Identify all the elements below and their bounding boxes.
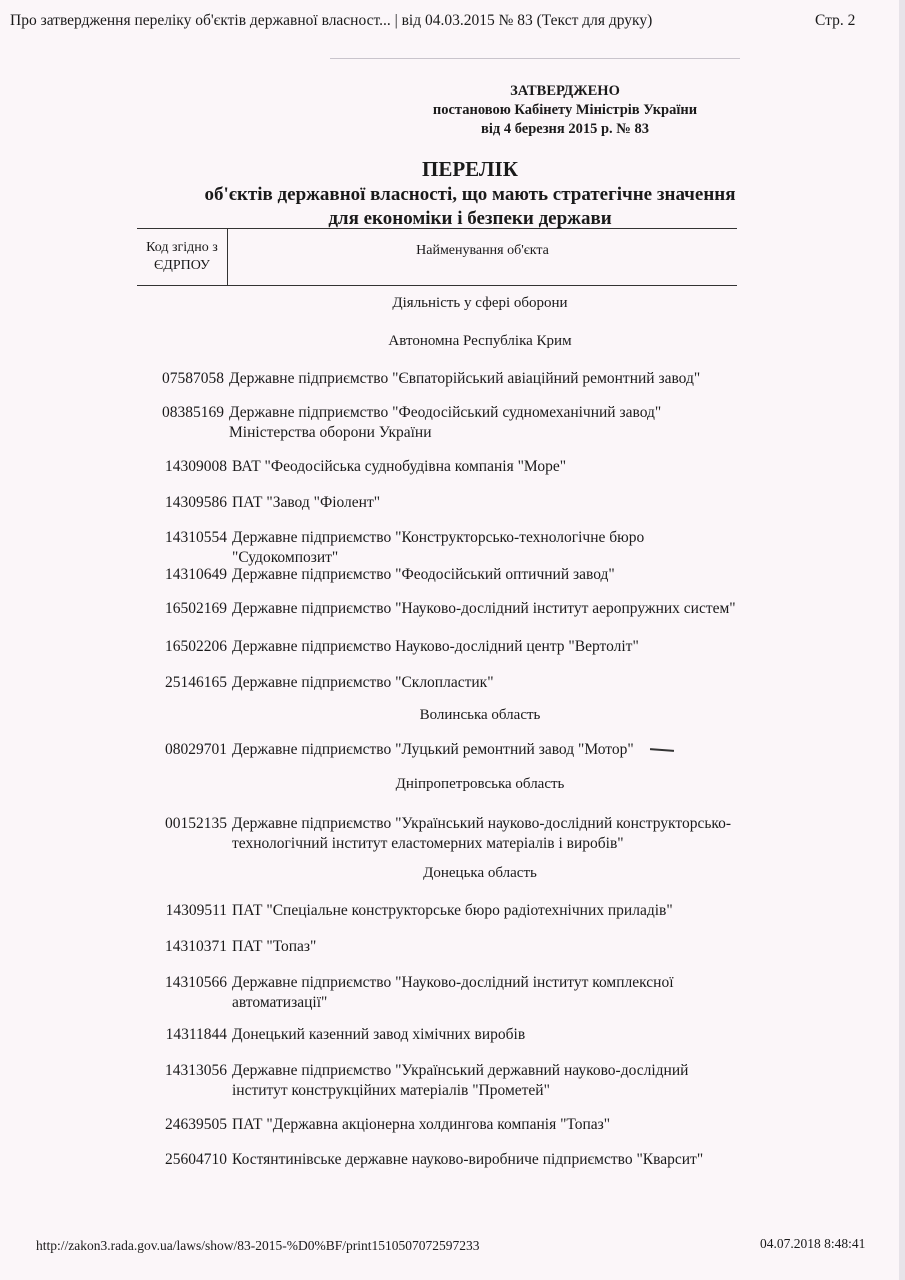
object-name: Державне підприємство "Феодосійський опт…: [232, 565, 742, 585]
edrpou-code: 08385169: [129, 403, 224, 423]
column-header-code: Код згідно з ЄДРПОУ: [137, 229, 228, 285]
edrpou-code: 14310566: [132, 973, 227, 993]
page-number: Стр. 2: [815, 12, 855, 30]
edrpou-code: 16502206: [132, 637, 227, 657]
edrpou-code: 14309586: [132, 493, 227, 513]
edrpou-code: 14313056: [132, 1061, 227, 1081]
edrpou-code: 14311844: [132, 1025, 227, 1045]
approval-line-1: постановою Кабінету Міністрів України: [380, 101, 750, 120]
object-name: Державне підприємство "Феодосійський суд…: [229, 403, 739, 443]
section-heading: Волинська область: [230, 707, 730, 724]
edrpou-code: 14309008: [132, 457, 227, 477]
edrpou-code: 14310554: [132, 528, 227, 548]
object-name: Донецький казенний завод хімічних виробі…: [232, 1025, 742, 1045]
section-heading: Дніпропетровська область: [230, 776, 730, 793]
object-name: ПАТ "Топаз": [232, 937, 742, 957]
object-name: ПАТ "Завод "Фіолент": [232, 493, 742, 513]
approval-stamp: ЗАТВЕРДЖЕНО: [380, 82, 750, 101]
source-url: http://zakon3.rada.gov.ua/laws/show/83-2…: [36, 1238, 479, 1254]
edrpou-code: 25604710: [132, 1150, 227, 1170]
object-name: Державне підприємство "Євпаторійський ав…: [229, 369, 739, 389]
print-header: Про затвердження переліку об'єктів держа…: [0, 12, 905, 36]
object-name: Державне підприємство "Склопластик": [232, 673, 742, 693]
object-name: ПАТ "Спеціальне конструкторське бюро рад…: [232, 901, 742, 921]
column-header-name: Найменування об'єкта: [228, 243, 737, 259]
edrpou-code: 00152135: [132, 814, 227, 834]
edrpou-code: 16502169: [132, 599, 227, 619]
table-header: Код згідно з ЄДРПОУ Найменування об'єкта: [137, 228, 737, 286]
print-datetime: 04.07.2018 8:48:41: [760, 1236, 865, 1252]
edrpou-code: 14310649: [132, 565, 227, 585]
object-name: Державне підприємство "Конструкторсько-т…: [232, 528, 742, 568]
object-name: Державне підприємство Науково-дослідний …: [232, 637, 742, 657]
header-divider: [330, 58, 740, 59]
edrpou-code: 08029701: [132, 740, 227, 760]
section-heading: Автономна Республіка Крим: [230, 333, 730, 350]
edrpou-code: 14310371: [132, 937, 227, 957]
edrpou-code: 24639505: [132, 1115, 227, 1135]
object-name: ВАТ "Феодосійська суднобудівна компанія …: [232, 457, 742, 477]
approval-line-2: від 4 березня 2015 р. № 83: [380, 120, 750, 139]
document-heading: ПЕРЕЛІК об'єктів державної власності, що…: [170, 155, 770, 231]
object-name: Державне підприємство "Український науко…: [232, 814, 742, 854]
edrpou-code: 25146165: [132, 673, 227, 693]
heading-main: ПЕРЕЛІК: [170, 155, 770, 183]
section-heading: Діяльність у сфері оборони: [230, 295, 730, 312]
approval-block: ЗАТВЕРДЖЕНО постановою Кабінету Міністрі…: [380, 82, 750, 139]
document-title: Про затвердження переліку об'єктів держа…: [10, 12, 652, 30]
object-name: Державне підприємство "Науково-дослідний…: [232, 599, 742, 619]
object-name: Державне підприємство "Науково-дослідний…: [232, 973, 742, 1013]
object-name: Державне підприємство "Український держа…: [232, 1061, 742, 1101]
scan-edge: [899, 0, 905, 1280]
section-heading: Донецька область: [230, 865, 730, 882]
object-name: Костянтинівське державне науково-виробни…: [232, 1150, 742, 1170]
object-name: ПАТ "Державна акціонерна холдингова комп…: [232, 1115, 742, 1135]
edrpou-code: 14309511: [132, 901, 227, 921]
edrpou-code: 07587058: [129, 369, 224, 389]
heading-subtitle-1: об'єктів державної власності, що мають с…: [170, 183, 770, 207]
